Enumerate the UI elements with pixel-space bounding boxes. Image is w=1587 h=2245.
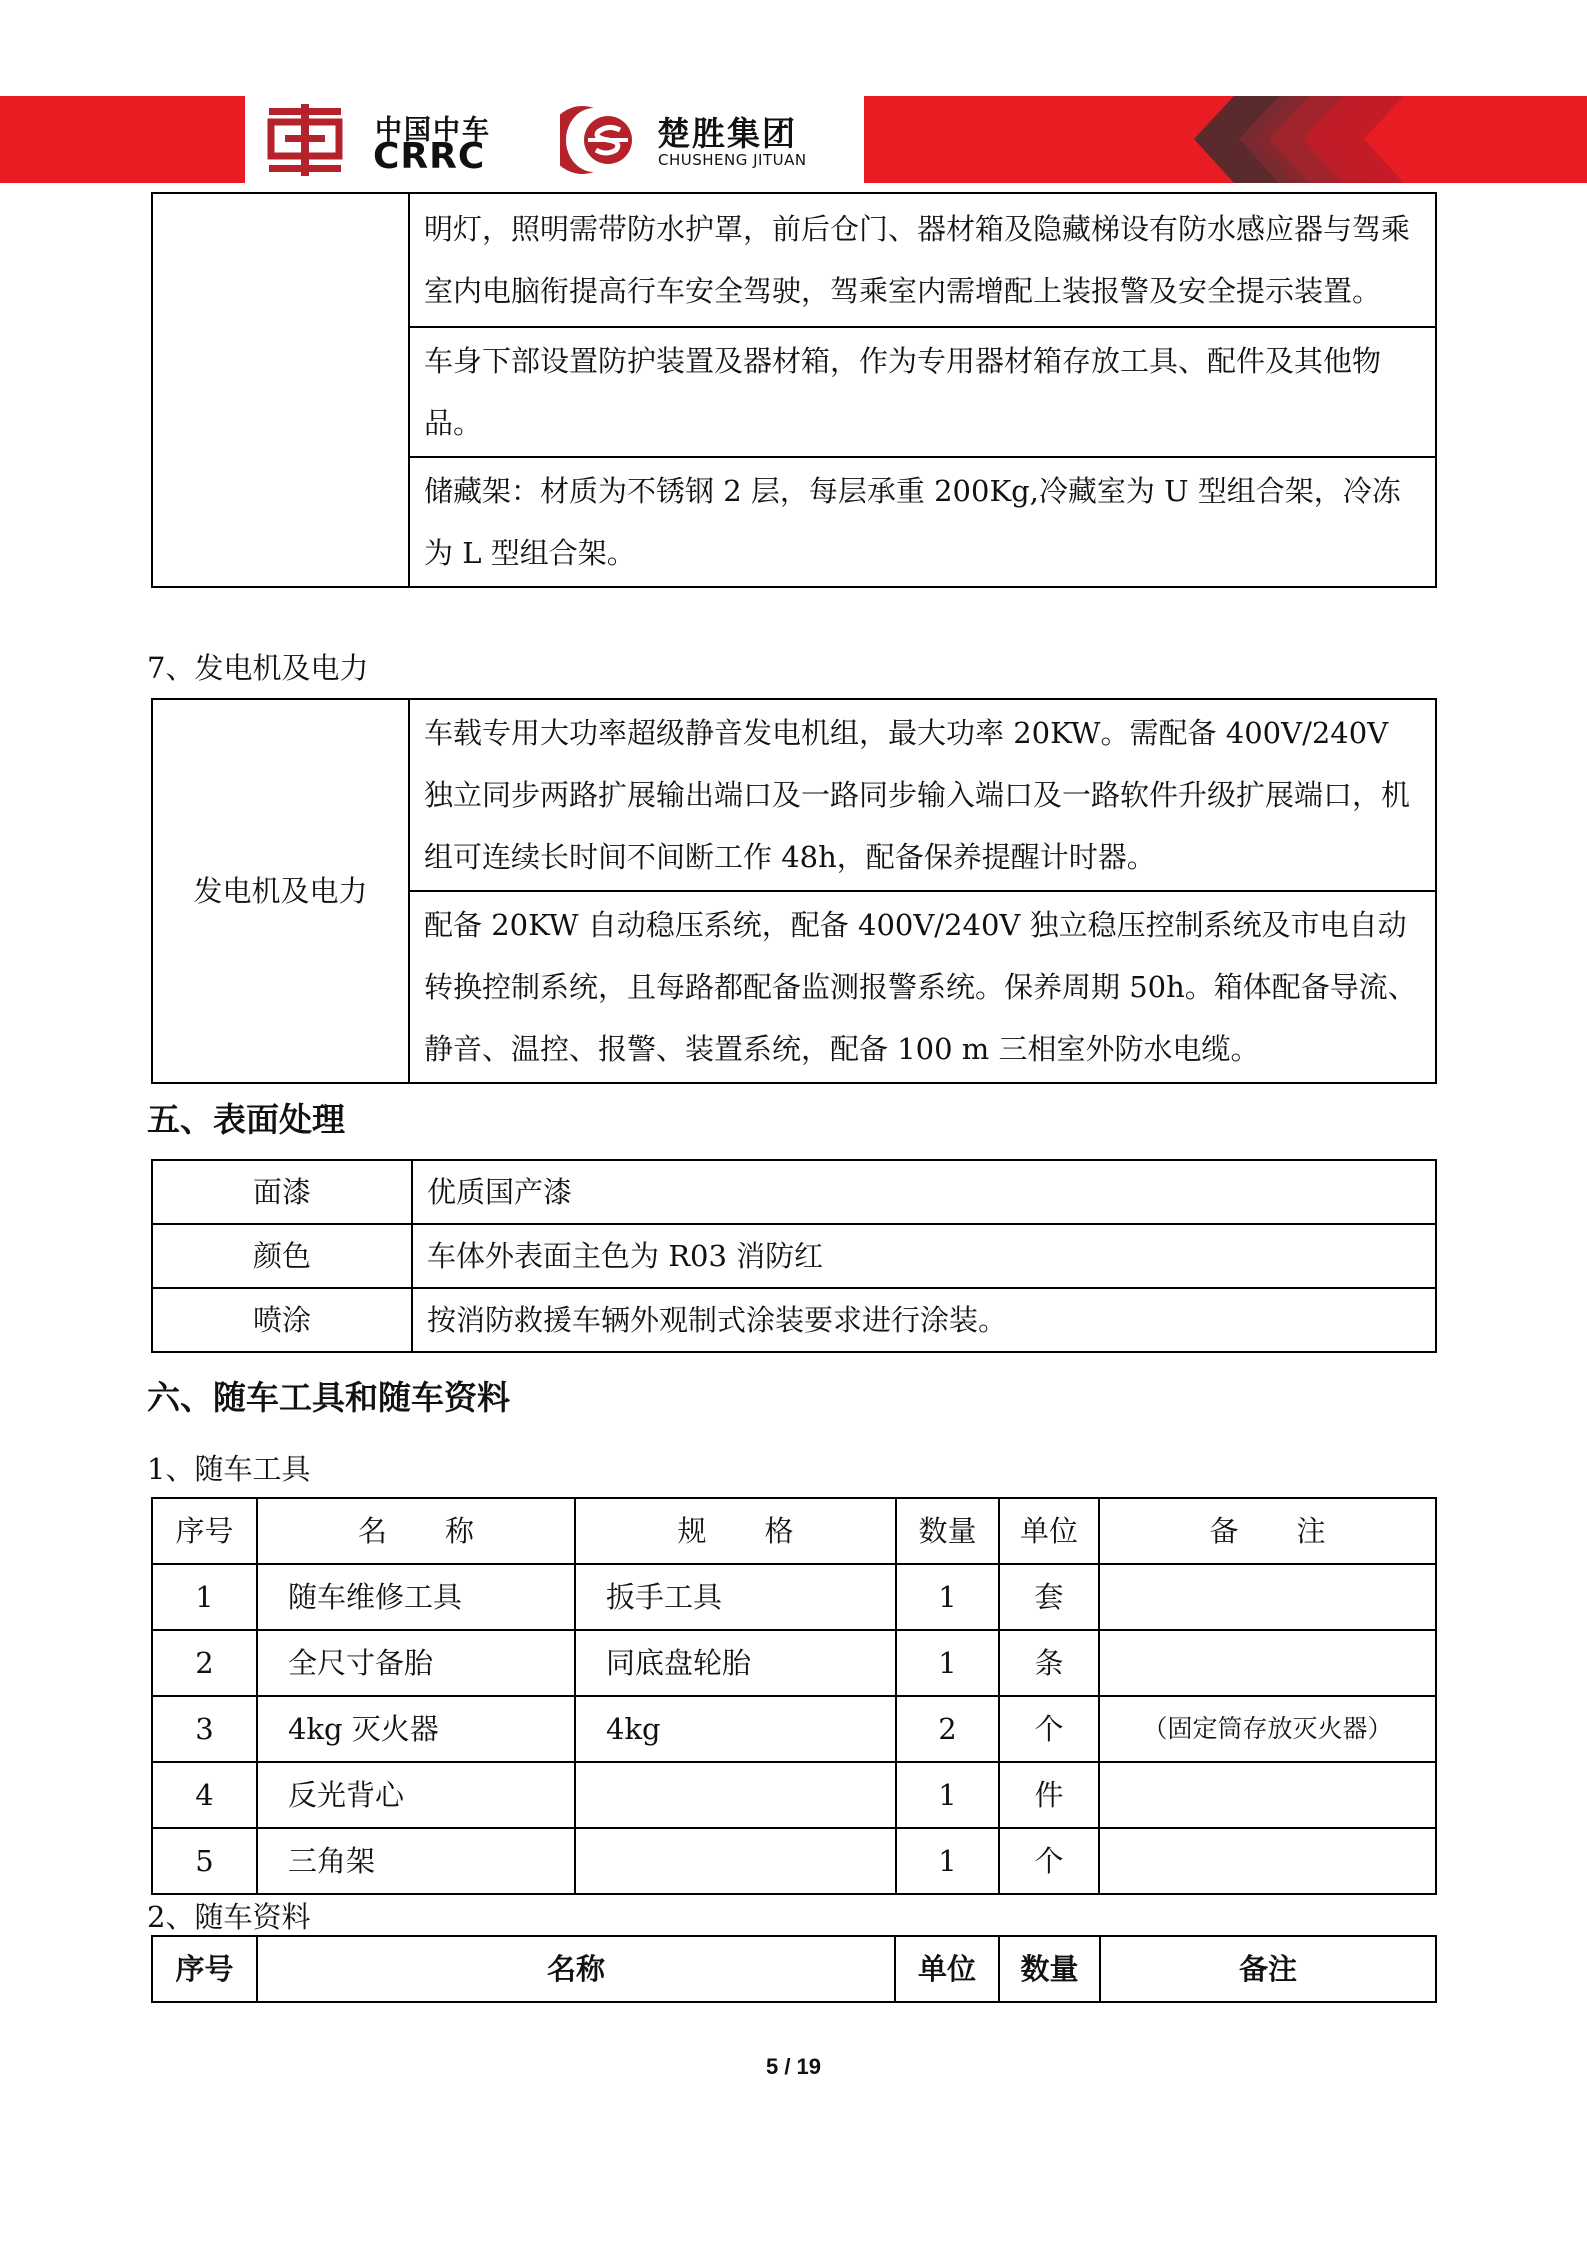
crrc-logo-icon [265, 104, 345, 176]
table-row: 2 全尺寸备胎 同底盘轮胎 1 条 [152, 1630, 1436, 1696]
documents-table: 序号 名称 单位 数量 备注 [151, 1935, 1437, 2003]
surface-label: 喷涂 [152, 1288, 412, 1352]
section-title-tools: 六、随车工具和随车资料 [147, 1372, 510, 1419]
logo-area: 中国中车 CRRC 楚胜集团 CHUSHENG JITUAN [245, 96, 864, 183]
header-red-band-left [0, 96, 245, 183]
surface-label: 颜色 [152, 1224, 412, 1288]
generator-label-cell: 发电机及电力 [152, 699, 409, 1083]
table-header-row: 序号 名 称 规 格 数量 单位 备 注 [152, 1498, 1436, 1564]
surface-label: 面漆 [152, 1160, 412, 1224]
cell-spec: 4kg [575, 1696, 896, 1762]
cell-index: 2 [152, 1630, 257, 1696]
surface-treatment-table: 面漆 优质国产漆 颜色 车体外表面主色为 R03 消防红 喷涂 按消防救援车辆外… [151, 1159, 1437, 1353]
cell-name: 全尺寸备胎 [257, 1630, 575, 1696]
cell-index: 3 [152, 1696, 257, 1762]
subsection-title-generator: 7、发电机及电力 [147, 646, 368, 687]
header-cell: 规 格 [575, 1498, 896, 1564]
header-cell: 名称 [257, 1936, 895, 2002]
continued-spec-table: 明灯，照明需带防水护罩，前后仓门、器材箱及隐藏梯设有防水感应器与驾乘室内电脑衔提… [151, 192, 1437, 588]
table-cell-text: 车载专用大功率超级静音发电机组，最大功率 20KW。需配备 400V/240V … [409, 699, 1436, 891]
surface-value: 车体外表面主色为 R03 消防红 [412, 1224, 1436, 1288]
header-red-band-right [864, 96, 1587, 183]
cell-note [1099, 1762, 1436, 1828]
table-row: 3 4kg 灭火器 4kg 2 个 （固定筒存放灭火器） [152, 1696, 1436, 1762]
cell-note [1099, 1828, 1436, 1894]
table-row: 5 三角架 1 个 [152, 1828, 1436, 1894]
header-cell: 备 注 [1099, 1498, 1436, 1564]
cell-name: 随车维修工具 [257, 1564, 575, 1630]
cell-note [1099, 1630, 1436, 1696]
cell-unit: 个 [999, 1696, 1099, 1762]
crrc-name-en: CRRC [373, 136, 485, 177]
subsection-title-tools: 1、随车工具 [147, 1447, 310, 1488]
section-title-surface: 五、表面处理 [147, 1094, 345, 1141]
chusheng-logo-icon [560, 104, 638, 176]
header-cell: 单位 [895, 1936, 999, 2002]
header-banner: 中国中车 CRRC 楚胜集团 CHUSHENG JITUAN [0, 96, 1587, 183]
cell-unit: 条 [999, 1630, 1099, 1696]
cell-spec: 同底盘轮胎 [575, 1630, 896, 1696]
cell-quantity: 2 [896, 1696, 999, 1762]
table-cell-text: 配备 20KW 自动稳压系统，配备 400V/240V 独立稳压控制系统及市电自… [409, 891, 1436, 1083]
cell-quantity: 1 [896, 1564, 999, 1630]
header-cell: 序号 [152, 1936, 257, 2002]
table-cell-text: 车身下部设置防护装置及器材箱，作为专用器材箱存放工具、配件及其他物品。 [409, 327, 1436, 457]
chusheng-name-cn: 楚胜集团 [657, 108, 797, 155]
cell-name: 4kg 灭火器 [257, 1696, 575, 1762]
cell-quantity: 1 [896, 1828, 999, 1894]
surface-value: 优质国产漆 [412, 1160, 1436, 1224]
chusheng-name-en: CHUSHENG JITUAN [658, 151, 807, 169]
table-cell-text: 储藏架：材质为不锈钢 2 层，每层承重 200Kg,冷藏室为 U 型组合架，冷冻… [409, 457, 1436, 587]
surface-value: 按消防救援车辆外观制式涂装要求进行涂装。 [412, 1288, 1436, 1352]
cell-note: （固定筒存放灭火器） [1099, 1696, 1436, 1762]
cell-unit: 套 [999, 1564, 1099, 1630]
header-cell: 数量 [999, 1936, 1100, 2002]
cell-unit: 个 [999, 1828, 1099, 1894]
tools-table: 序号 名 称 规 格 数量 单位 备 注 1 随车维修工具 扳手工具 1 套 2… [151, 1497, 1437, 1895]
table-cell-text: 明灯，照明需带防水护罩，前后仓门、器材箱及隐藏梯设有防水感应器与驾乘室内电脑衔提… [409, 193, 1436, 327]
cell-name: 反光背心 [257, 1762, 575, 1828]
table-row: 4 反光背心 1 件 [152, 1762, 1436, 1828]
chevron-decoration-icon [1304, 96, 1464, 183]
header-cell: 序号 [152, 1498, 257, 1564]
subsection-title-documents: 2、随车资料 [147, 1895, 310, 1936]
cell-name: 三角架 [257, 1828, 575, 1894]
cell-note [1099, 1564, 1436, 1630]
header-cell: 数量 [896, 1498, 999, 1564]
continued-label-cell [152, 193, 409, 587]
page-number: 5 / 19 [0, 2054, 1587, 2080]
table-header-row: 序号 名称 单位 数量 备注 [152, 1936, 1436, 2002]
generator-table: 发电机及电力 车载专用大功率超级静音发电机组，最大功率 20KW。需配备 400… [151, 698, 1437, 1084]
cell-quantity: 1 [896, 1762, 999, 1828]
cell-index: 1 [152, 1564, 257, 1630]
cell-spec [575, 1828, 896, 1894]
cell-spec: 扳手工具 [575, 1564, 896, 1630]
cell-unit: 件 [999, 1762, 1099, 1828]
header-cell: 备注 [1100, 1936, 1436, 2002]
header-cell: 名 称 [257, 1498, 575, 1564]
table-row: 1 随车维修工具 扳手工具 1 套 [152, 1564, 1436, 1630]
cell-index: 4 [152, 1762, 257, 1828]
cell-spec [575, 1762, 896, 1828]
header-cell: 单位 [999, 1498, 1099, 1564]
cell-index: 5 [152, 1828, 257, 1894]
cell-quantity: 1 [896, 1630, 999, 1696]
